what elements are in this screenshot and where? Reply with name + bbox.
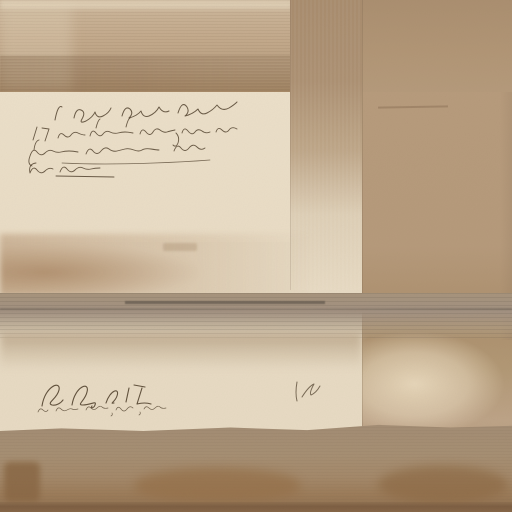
bottom-edge-dark-line — [0, 502, 512, 512]
gray-band-lower-fade — [0, 334, 362, 370]
signature-flourish — [42, 385, 151, 408]
signature-small-script — [38, 406, 166, 416]
gray-band-dark-streak — [125, 301, 325, 304]
top-edge-highlight — [0, 0, 292, 9]
handwritten-check-mark — [284, 372, 328, 408]
inscription-line-3-underline — [62, 160, 210, 164]
inscription-line-2 — [33, 118, 237, 146]
inscription-line-4 — [30, 163, 114, 177]
top-wash-band-right — [362, 0, 512, 92]
inscription-line-1 — [55, 102, 237, 122]
bottom-band-dark-blob-right — [378, 466, 508, 504]
handwritten-signature — [28, 376, 228, 420]
handwritten-inscription-top — [26, 84, 276, 184]
gray-band-fine-streak — [0, 308, 512, 310]
faint-smudge-mark — [163, 243, 197, 251]
check-mark-stroke — [296, 382, 320, 401]
bottom-band-dark-blob-left — [4, 462, 40, 502]
bottom-band-dark-blob-middle — [135, 468, 300, 502]
abstract-painting-canvas — [0, 0, 512, 512]
